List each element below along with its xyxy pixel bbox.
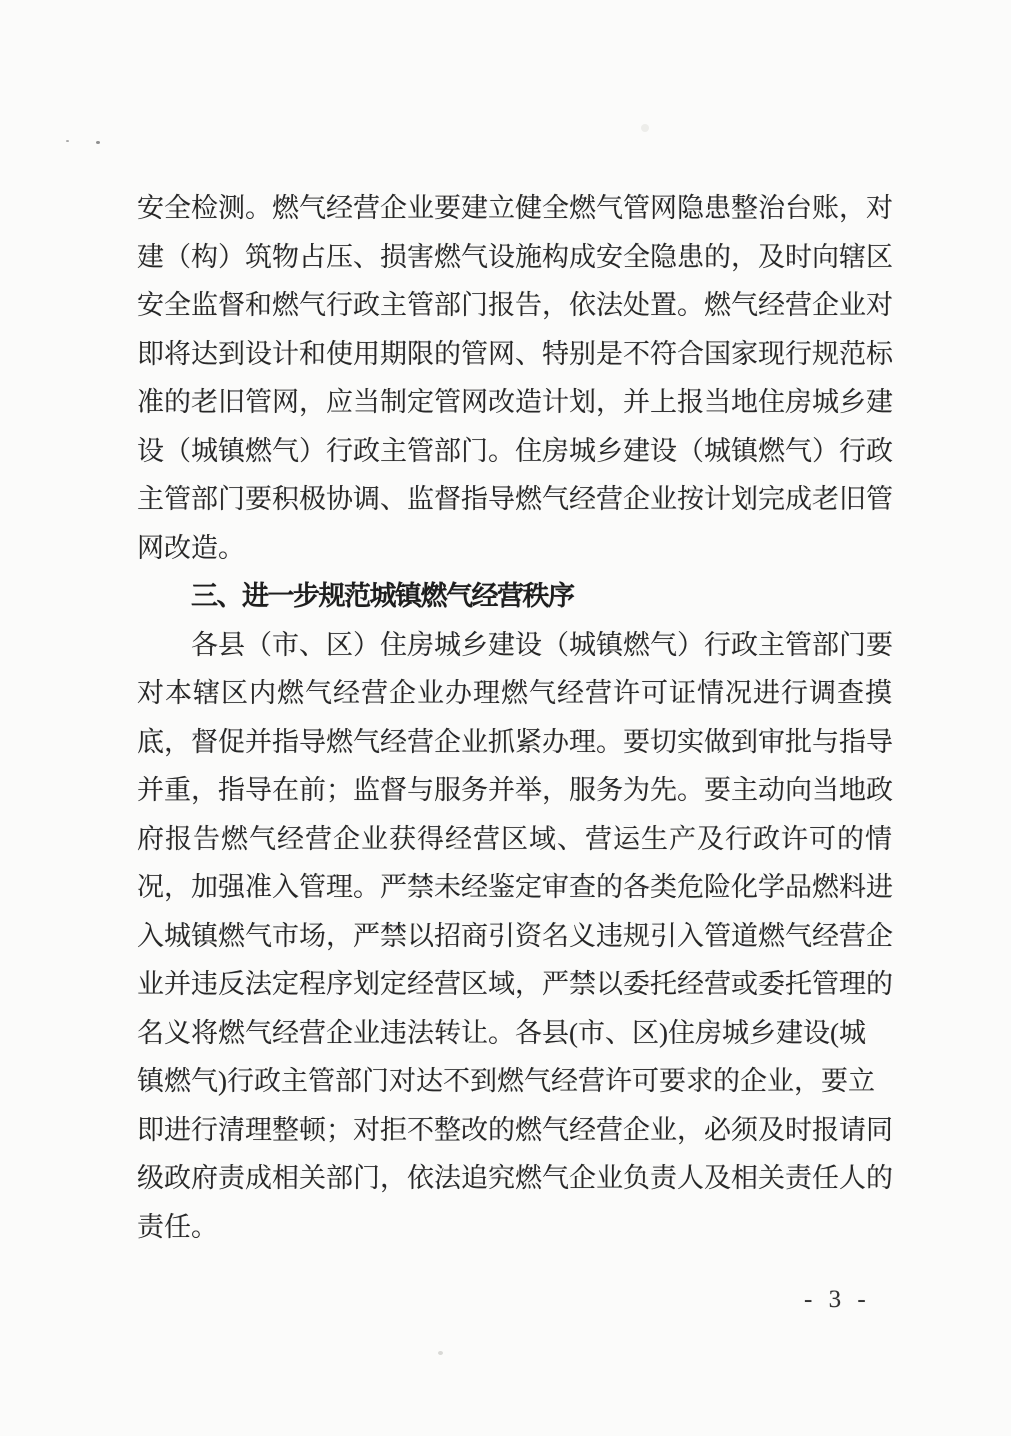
paragraph-line: 级政府责成相关部门，依法追究燃气企业负责人及相关责任人的 (137, 1154, 897, 1203)
paragraph-line: 镇燃气)行政主管部门对达不到燃气经营许可要求的企业，要立 (137, 1057, 897, 1106)
paragraph-line: 名义将燃气经营企业违法转让。各县(市、区)住房城乡建设(城 (137, 1009, 897, 1058)
paragraph-line: 责任。 (137, 1203, 897, 1252)
paragraph-line: 入城镇燃气市场，严禁以招商引资名义违规引入管道燃气经营企 (137, 912, 897, 961)
paragraph-line: 建（构）筑物占压、损害燃气设施构成安全隐患的，及时向辖区 (137, 233, 897, 282)
paragraph-line: 即将达到设计和使用期限的管网、特别是不符合国家现行规范标 (137, 330, 897, 379)
paragraph-line: 设（城镇燃气）行政主管部门。住房城乡建设（城镇燃气）行政 (137, 427, 897, 476)
scanned-document-page: 安全检测。燃气经营企业要建立健全燃气管网隐患整治台账，对 建（构）筑物占压、损害… (0, 0, 1011, 1436)
scan-speck (641, 124, 649, 132)
page-number: - 3 - (804, 1286, 871, 1314)
paragraph-line: 对本辖区内燃气经营企业办理燃气经营许可证情况进行调查摸 (137, 669, 897, 718)
section-heading: 三、进一步规范城镇燃气经营秩序 (137, 572, 897, 621)
paragraph-line: 各县（市、区）住房城乡建设（城镇燃气）行政主管部门要 (137, 621, 897, 670)
paragraph-line: 准的老旧管网，应当制定管网改造计划，并上报当地住房城乡建 (137, 378, 897, 427)
paragraph-line: 主管部门要积极协调、监督指导燃气经营企业按计划完成老旧管 (137, 475, 897, 524)
paragraph-line: 况，加强准入管理。严禁未经鉴定审查的各类危险化学品燃料进 (137, 863, 897, 912)
paragraph-line: 并重，指导在前；监督与服务并举，服务为先。要主动向当地政 (137, 766, 897, 815)
scan-speck (66, 140, 69, 142)
paragraph-line: 府报告燃气经营企业获得经营区域、营运生产及行政许可的情 (137, 815, 897, 864)
paragraph-line: 即进行清理整顿；对拒不整改的燃气经营企业，必须及时报请同 (137, 1106, 897, 1155)
scan-speck (438, 1351, 443, 1355)
scan-speck (96, 141, 100, 144)
paragraph-line: 安全检测。燃气经营企业要建立健全燃气管网隐患整治台账，对 (137, 184, 897, 233)
paragraph-line: 网改造。 (137, 524, 897, 573)
paragraph-line: 底，督促并指导燃气经营企业抓紧办理。要切实做到审批与指导 (137, 718, 897, 767)
paragraph-line: 安全监督和燃气行政主管部门报告，依法处置。燃气经营企业对 (137, 281, 897, 330)
paragraph-line: 业并违反法定程序划定经营区域，严禁以委托经营或委托管理的 (137, 960, 897, 1009)
document-body: 安全检测。燃气经营企业要建立健全燃气管网隐患整治台账，对 建（构）筑物占压、损害… (137, 184, 897, 1251)
